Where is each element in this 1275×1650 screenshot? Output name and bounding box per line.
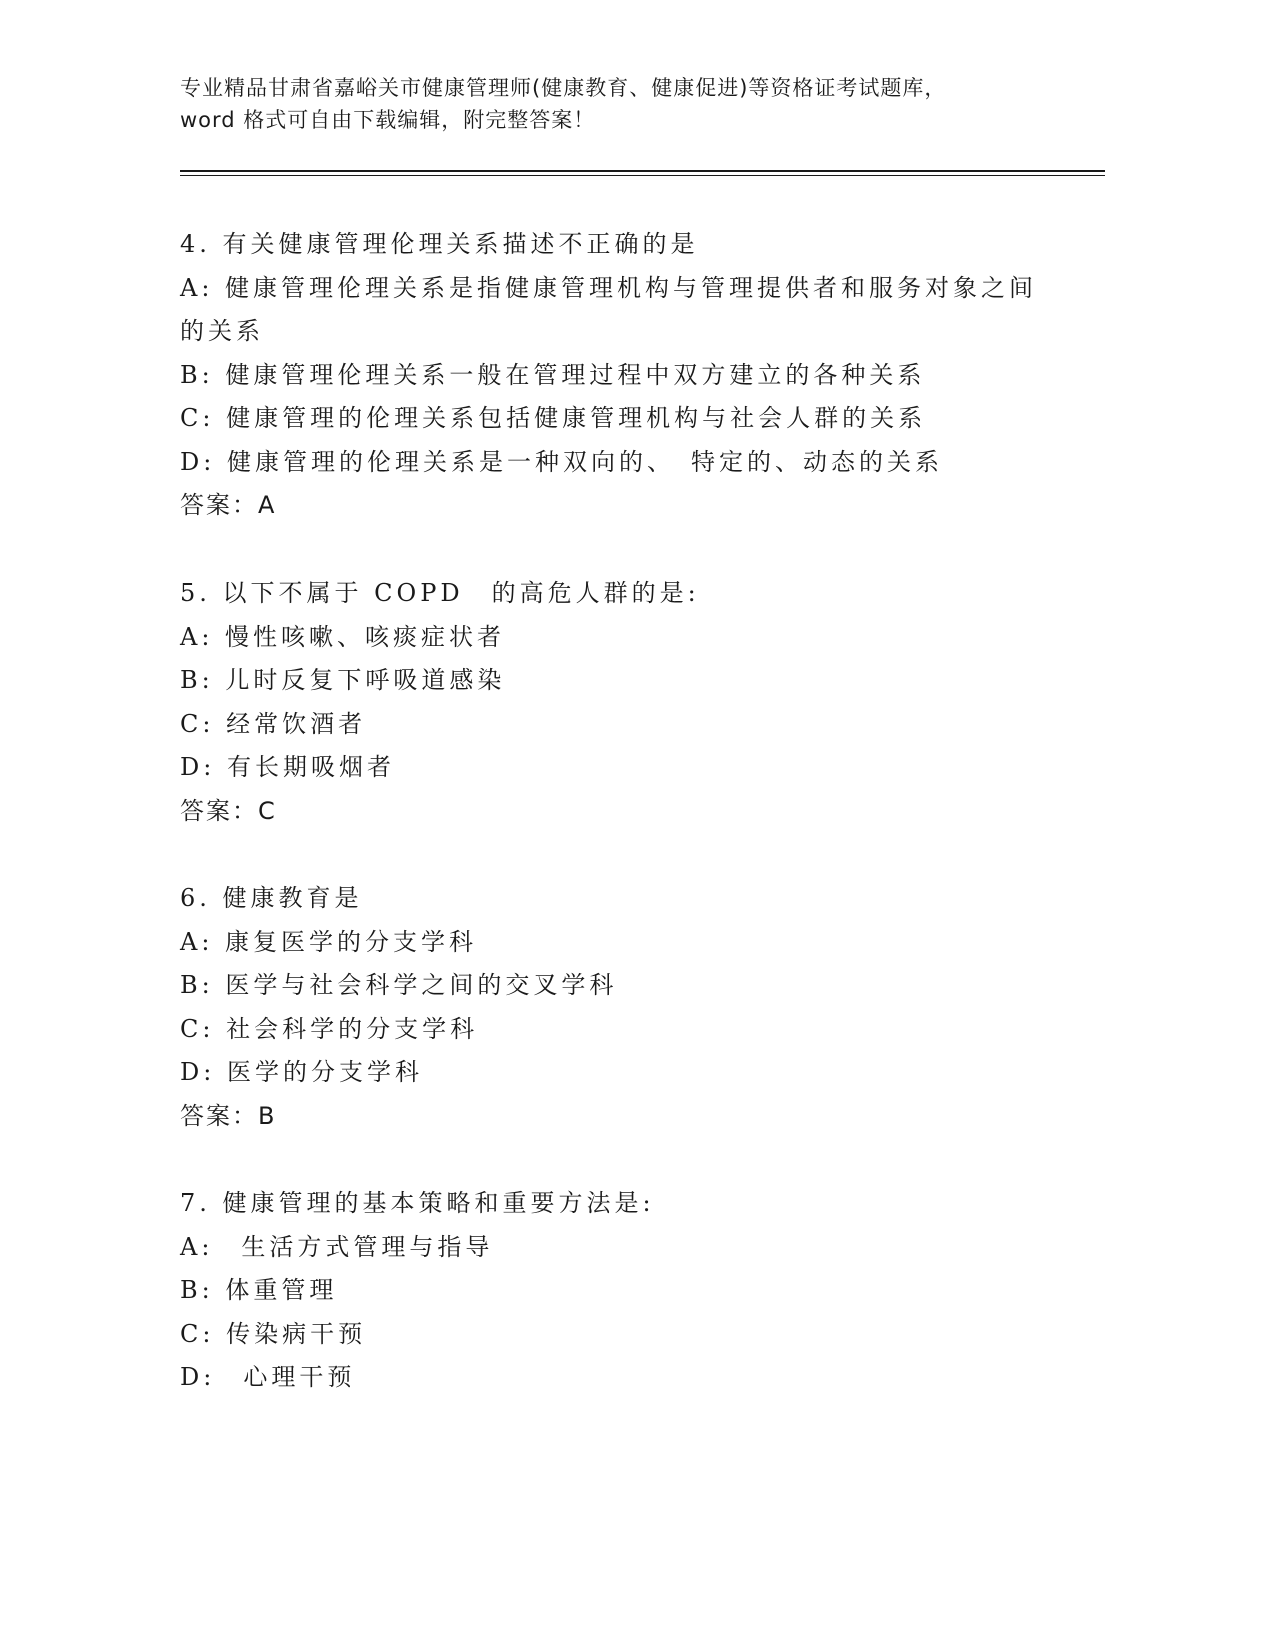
header-divider-thick bbox=[180, 170, 1105, 172]
question-stem: 4. 有关健康管理伦理关系描述不正确的是 bbox=[180, 223, 1037, 267]
option-c: C: 经常饮酒者 bbox=[180, 703, 700, 747]
option-a: A: 生活方式管理与指导 bbox=[180, 1226, 655, 1270]
option-c: C: 健康管理的伦理关系包括健康管理机构与社会人群的关系 bbox=[180, 397, 1037, 441]
option-a: A: 康复医学的分支学科 bbox=[180, 921, 617, 965]
option-a: A: 慢性咳嗽、咳痰症状者 bbox=[180, 616, 700, 660]
option-a: A: 健康管理伦理关系是指健康管理机构与管理提供者和服务对象之间 bbox=[180, 267, 1037, 311]
option-d: D: 心理干预 bbox=[180, 1356, 655, 1400]
question-stem: 6. 健康教育是 bbox=[180, 877, 617, 921]
option-b: B: 医学与社会科学之间的交叉学科 bbox=[180, 964, 617, 1008]
header-line-1: 专业精品甘肃省嘉峪关市健康管理师(健康教育、健康促进)等资格证考试题库， bbox=[180, 72, 1080, 104]
option-d: D: 有长期吸烟者 bbox=[180, 746, 700, 790]
option-b: B: 儿时反复下呼吸道感染 bbox=[180, 659, 700, 703]
option-d: D: 医学的分支学科 bbox=[180, 1051, 617, 1095]
option-b: B: 健康管理伦理关系一般在管理过程中双方建立的各种关系 bbox=[180, 354, 1037, 398]
question-4: 4. 有关健康管理伦理关系描述不正确的是 A: 健康管理伦理关系是指健康管理机构… bbox=[180, 223, 1037, 528]
header-line-2: word 格式可自由下载编辑，附完整答案！ bbox=[180, 104, 1080, 136]
question-stem: 7. 健康管理的基本策略和重要方法是: bbox=[180, 1182, 655, 1226]
question-7: 7. 健康管理的基本策略和重要方法是: A: 生活方式管理与指导 B: 体重管理… bbox=[180, 1182, 655, 1400]
answer-label: 答案：C bbox=[180, 790, 700, 834]
question-stem: 5. 以下不属于 COPD 的高危人群的是: bbox=[180, 572, 700, 616]
option-b: B: 体重管理 bbox=[180, 1269, 655, 1313]
answer-label: 答案：A bbox=[180, 484, 1037, 528]
document-header: 专业精品甘肃省嘉峪关市健康管理师(健康教育、健康促进)等资格证考试题库， wor… bbox=[180, 72, 1080, 136]
option-c: C: 传染病干预 bbox=[180, 1313, 655, 1357]
option-c: C: 社会科学的分支学科 bbox=[180, 1008, 617, 1052]
question-5: 5. 以下不属于 COPD 的高危人群的是: A: 慢性咳嗽、咳痰症状者 B: … bbox=[180, 572, 700, 833]
question-6: 6. 健康教育是 A: 康复医学的分支学科 B: 医学与社会科学之间的交叉学科 … bbox=[180, 877, 617, 1138]
answer-label: 答案：B bbox=[180, 1095, 617, 1139]
header-divider-thin bbox=[180, 175, 1105, 176]
option-a-continued: 的关系 bbox=[180, 310, 1037, 354]
option-d: D: 健康管理的伦理关系是一种双向的、 特定的、动态的关系 bbox=[180, 441, 1037, 485]
